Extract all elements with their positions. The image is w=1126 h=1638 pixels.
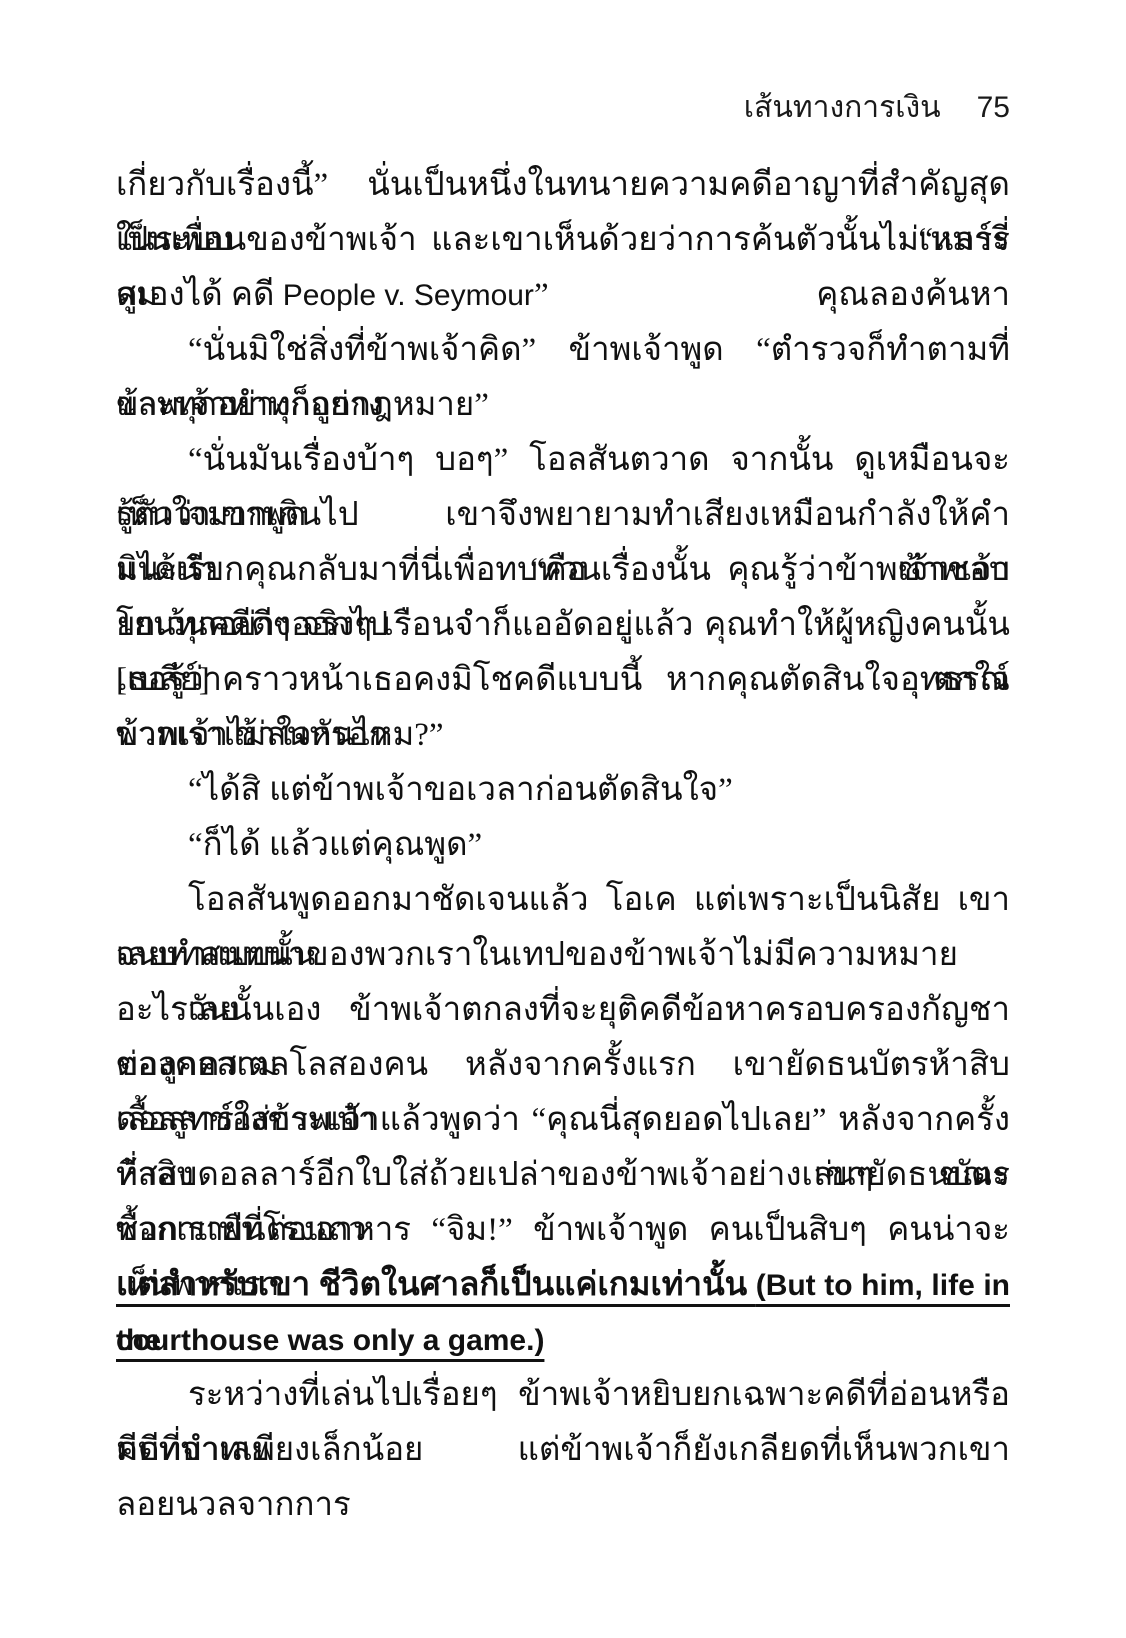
book-page: { "header": { "title": "เส้นทางการเงิน",…: [0, 0, 1126, 1638]
thai-text: “ได้สิ แต่ข้าพเจ้าขอเวลาก่อนตัดสินใจ”: [188, 772, 733, 808]
latin-text: courthouse was only a game.): [116, 1324, 544, 1357]
latin-text: People v. Seymour: [283, 279, 534, 312]
text-line: ห้าสิบดอลลาร์อีกใบใส่ถ้วยเปล่าของข้าพเจ้…: [116, 1148, 1010, 1203]
text-line: “นั่นมิใช่สิ่งที่ข้าพเจ้าคิด” ข้าพเจ้าพู…: [116, 323, 1010, 378]
text-line: เป็นเพื่อนของข้าพเจ้า และเขาเห็นด้วยว่าก…: [116, 213, 1010, 268]
thai-text: ”: [534, 277, 549, 313]
text-line: และทุกอย่างก็ถูกกฎหมาย”: [116, 378, 1010, 433]
paragraph: “ก็ได้ แล้วแต่คุณพูด”: [116, 818, 1010, 873]
text-line: “ได้สิ แต่ข้าพเจ้าขอเวลาก่อนตัดสินใจ”: [116, 763, 1010, 818]
paragraph: ระหว่างที่เล่นไปเรื่อยๆ ข้าพเจ้าหยิบยกเฉ…: [116, 1368, 1010, 1478]
text-line: “ก็ได้ แล้วแต่คุณพูด”: [116, 818, 1010, 873]
thai-text: พวกเราเข้าใจกันไหม?”: [116, 717, 444, 753]
page-header: เส้นทางการเงิน 75: [116, 84, 1010, 131]
text-line: ยกเว้นคดีดีๆ จริงๆ เรือนจำก็แออัดอยู่แล้…: [116, 598, 1010, 653]
paragraph: “ได้สิ แต่ข้าพเจ้าขอเวลาก่อนตัดสินใจ”: [116, 763, 1010, 818]
text-line: วันนั้นเอง ข้าพเจ้าตกลงที่จะยุติคดีข้อหา…: [116, 983, 1010, 1038]
thai-text: มีบทบาทเพียงเล็กน้อย แต่ข้าพเจ้าก็ยังเกล…: [116, 1432, 1010, 1523]
text-line: โอลสันพูดออกมาชัดเจนแล้ว โอเค แต่เพราะเป…: [116, 873, 1010, 928]
paragraph: วันนั้นเอง ข้าพเจ้าตกลงที่จะยุติคดีข้อหา…: [116, 983, 1010, 1368]
text-line: พวกเราเข้าใจกันไหม?”: [116, 708, 1010, 763]
thai-text: ดูเองได้ คดี: [116, 277, 283, 313]
paragraph: “นั่นมันเรื่องบ้าๆ บอๆ” โอลสันตวาด จากนั…: [116, 433, 1010, 763]
text-line: จนบทสนทนาของพวกเราในเทปของข้าพเจ้าไม่มีค…: [116, 928, 1010, 983]
text-line: มีบทบาทเพียงเล็กน้อย แต่ข้าพเจ้าก็ยังเกล…: [116, 1423, 1010, 1478]
text-line: เสื้อสูทของข้าพเจ้าแล้วพูดว่า “คุณนี่สุด…: [116, 1093, 1010, 1148]
text-line: เธอรู้ว่าคราวหน้าเธอคงมิโชคดีแบบนี้ หากค…: [116, 653, 1010, 708]
text-line: เห็นใจมากเกินไป เขาจึงพยายามทำเสียงเหมือ…: [116, 488, 1010, 543]
text-line: “นั่นมันเรื่องบ้าๆ บอๆ” โอลสันตวาด จากนั…: [116, 433, 1010, 488]
text-line: แต่สำหรับเขา ชีวิตในศาลก็เป็นแค่เกมเท่าน…: [116, 1258, 1010, 1313]
text-line: courthouse was only a game.): [116, 1313, 1010, 1368]
thai-text: “ก็ได้ แล้วแต่คุณพูด”: [188, 827, 482, 863]
paragraph: โอลสันพูดออกมาชัดเจนแล้ว โอเค แต่เพราะเป…: [116, 873, 1010, 983]
paragraph: เกี่ยวกับเรื่องนี้” นั่นเป็นหนึ่งในทนายค…: [116, 158, 1010, 323]
text-line: มิได้เรียกคุณกลับมาที่นี่เพื่อทบทวนเรื่อ…: [116, 543, 1010, 598]
page-body: เกี่ยวกับเรื่องนี้” นั่นเป็นหนึ่งในทนายค…: [116, 158, 1010, 1478]
text-line: ซื้อกาแฟที่โรงอาหาร “จิม!” ข้าพเจ้าพูด ค…: [116, 1203, 1010, 1258]
running-title: เส้นทางการเงิน: [744, 84, 941, 131]
paragraph: “นั่นมิใช่สิ่งที่ข้าพเจ้าคิด” ข้าพเจ้าพู…: [116, 323, 1010, 433]
thai-text: และทุกอย่างก็ถูกกฎหมาย”: [116, 387, 489, 423]
thai-text: แต่สำหรับเขา ชีวิตในศาลก็เป็นแค่เกมเท่าน…: [116, 1267, 756, 1303]
text-line: ของคอสเตลโลสองคน หลังจากครั้งแรก เขายัดธ…: [116, 1038, 1010, 1093]
text-line: เกี่ยวกับเรื่องนี้” นั่นเป็นหนึ่งในทนายค…: [116, 158, 1010, 213]
page-number: 75: [977, 91, 1010, 125]
text-line: ระหว่างที่เล่นไปเรื่อยๆ ข้าพเจ้าหยิบยกเฉ…: [116, 1368, 1010, 1423]
